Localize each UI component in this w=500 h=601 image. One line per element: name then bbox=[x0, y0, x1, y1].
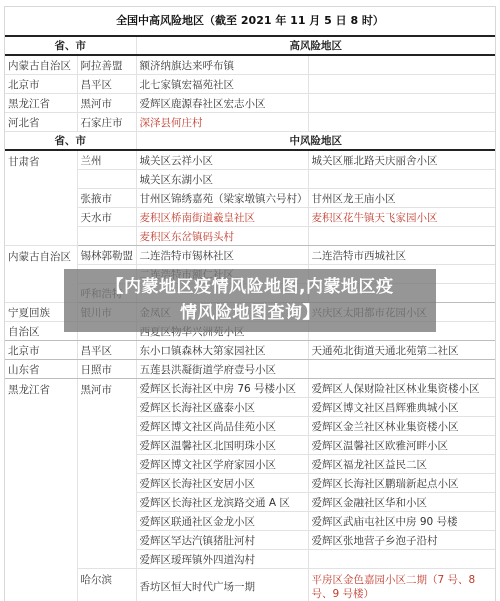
province-cell: 河北省 bbox=[5, 113, 77, 132]
overlay-line-2: 情风险地图查询】 bbox=[64, 300, 436, 326]
table-row: 山东省 日照市 五莲县洪凝街道学府壹号小区 bbox=[5, 360, 495, 379]
area-cell: 爱辉区博文社区尚品佳苑小区 bbox=[136, 417, 308, 436]
city-cell: 石家庄市 bbox=[77, 113, 136, 132]
area-cell bbox=[308, 227, 495, 246]
area-cell: 二连浩特市锡林社区 bbox=[136, 246, 308, 265]
area-cell bbox=[308, 360, 495, 379]
city-cell: 昌平区 bbox=[77, 341, 136, 360]
province-cell: 甘肃省 bbox=[5, 150, 77, 246]
sheet-title: 全国中高风险地区（截至 2021 年 11 月 5 日 8 时） bbox=[5, 7, 495, 37]
area-cell: 爱辉区金融社区华和小区 bbox=[308, 493, 495, 512]
area-cell: 东小口镇森林大第家园社区 bbox=[136, 341, 308, 360]
area-cell: 爱辉区博文社区学府家园小区 bbox=[136, 455, 308, 474]
city-cell: 日照市 bbox=[77, 360, 136, 379]
area-cell: 城关区云祥小区 bbox=[136, 150, 308, 170]
header-mid-risk-areas: 中风险地区 bbox=[136, 132, 495, 151]
city-cell: 昌平区 bbox=[77, 75, 136, 94]
city-cell bbox=[77, 170, 136, 189]
area-cell: 麦积区东岔镇码头村 bbox=[136, 227, 308, 246]
city-cell: 哈尔滨 bbox=[77, 569, 136, 601]
area-cell: 北七家镇宏福苑社区 bbox=[136, 75, 308, 94]
area-cell: 爱辉区鹿源春社区宏志小区 bbox=[136, 94, 308, 113]
mid-risk-header: 省、市 中风险地区 bbox=[5, 132, 495, 151]
area-cell: 爱辉区博文社区昌辉雅典城小区 bbox=[308, 398, 495, 417]
area-cell: 深泽县何庄村 bbox=[136, 113, 308, 132]
area-cell: 爱辉区温馨社区欧雅河畔小区 bbox=[308, 436, 495, 455]
area-cell: 麦积区桥南街道羲皇社区 bbox=[136, 208, 308, 227]
table-row: 甘肃省 兰州 城关区云祥小区 城关区雁北路天庆丽舍小区 bbox=[5, 150, 495, 170]
area-cell: 天通苑北街道天通北苑第二社区 bbox=[308, 341, 495, 360]
area-cell: 爱辉区长海社区中房 76 号楼小区 bbox=[136, 379, 308, 398]
city-cell: 张掖市 bbox=[77, 189, 136, 208]
province-cell: 北京市 bbox=[5, 75, 77, 94]
area-cell: 爱辉区张地营子乡泡子沿村 bbox=[308, 531, 495, 550]
city-cell: 黑河市 bbox=[77, 379, 136, 569]
area-cell: 五莲县洪凝街道学府壹号小区 bbox=[136, 360, 308, 379]
province-cell: 黑龙江省 bbox=[5, 94, 77, 113]
area-cell: 爱辉区武庙屯社区中房 90 号楼 bbox=[308, 512, 495, 531]
table-row: 黑龙江省 黑河市 爱辉区鹿源春社区宏志小区 bbox=[5, 94, 495, 113]
table-row: 天水市 麦积区桥南街道羲皇社区 麦积区花牛镇天飞家园小区 bbox=[5, 208, 495, 227]
table-row: 麦积区东岔镇码头村 bbox=[5, 227, 495, 246]
area-cell: 城关区雁北路天庆丽舍小区 bbox=[308, 150, 495, 170]
header-region: 省、市 bbox=[5, 132, 136, 151]
city-cell: 黑河市 bbox=[77, 94, 136, 113]
area-cell: 爱辉区长海社区安居小区 bbox=[136, 474, 308, 493]
area-cell: 爱辉区联通社区金龙小区 bbox=[136, 512, 308, 531]
area-cell bbox=[308, 550, 495, 569]
area-cell: 甘州区锦绣嘉苑（梁家墩镇六号村） bbox=[136, 189, 308, 208]
city-cell: 锡林郭勒盟 bbox=[77, 246, 136, 265]
area-cell: 城关区东湖小区 bbox=[136, 170, 308, 189]
header-high-risk-areas: 高风险地区 bbox=[136, 37, 495, 55]
table-row: 内蒙古自治区 阿拉善盟 额济纳旗达来呼布镇 bbox=[5, 55, 495, 75]
area-cell: 甘州区龙王庙小区 bbox=[308, 189, 495, 208]
title-overlay-banner: 【内蒙地区疫情风险地图,内蒙地区疫 情风险地图查询】 bbox=[64, 269, 436, 332]
table-row: 黑龙江省 黑河市 爱辉区长海社区中房 76 号楼小区 爱辉区人保财险社区林业集资… bbox=[5, 379, 495, 398]
area-cell: 爱辉区长海社区鹏瑞新起点小区 bbox=[308, 474, 495, 493]
table-row: 北京市 昌平区 北七家镇宏福苑社区 bbox=[5, 75, 495, 94]
area-cell: 爱辉区人保财险社区林业集资楼小区 bbox=[308, 379, 495, 398]
table-row: 城关区东湖小区 bbox=[5, 170, 495, 189]
table-row: 河北省 石家庄市 深泽县何庄村 bbox=[5, 113, 495, 132]
area-cell bbox=[308, 170, 495, 189]
province-cell: 内蒙古自治区 bbox=[5, 55, 77, 75]
table-row: 张掖市 甘州区锦绣嘉苑（梁家墩镇六号村） 甘州区龙王庙小区 bbox=[5, 189, 495, 208]
area-cell: 平房区金色嘉园小区二期（7 号、8 号、9 号楼） bbox=[308, 569, 495, 601]
area-cell bbox=[308, 113, 495, 132]
high-risk-header: 省、市 高风险地区 bbox=[5, 37, 495, 55]
city-cell: 阿拉善盟 bbox=[77, 55, 136, 75]
area-cell: 二连浩特市西城社区 bbox=[308, 246, 495, 265]
area-cell: 爱辉区长海社区龙滨路交通 A 区 bbox=[136, 493, 308, 512]
area-cell: 爱辉区金兰社区林业集资楼小区 bbox=[308, 417, 495, 436]
area-cell: 爱辉区罕达汽镇猪肚河村 bbox=[136, 531, 308, 550]
area-cell bbox=[308, 94, 495, 113]
header-region: 省、市 bbox=[5, 37, 136, 55]
province-cell: 北京市 bbox=[5, 341, 77, 360]
area-cell: 香坊区恒大时代广场一期 bbox=[136, 569, 308, 601]
area-cell: 爱辉区瑷珲镇外四道沟村 bbox=[136, 550, 308, 569]
overlay-line-1: 【内蒙地区疫情风险地图,内蒙地区疫 bbox=[64, 274, 436, 300]
province-cell: 黑龙江省 bbox=[5, 379, 77, 601]
area-cell: 爱辉区长海社区盛泰小区 bbox=[136, 398, 308, 417]
area-cell bbox=[308, 75, 495, 94]
table-row: 内蒙古自治区 锡林郭勒盟 二连浩特市锡林社区 二连浩特市西城社区 bbox=[5, 246, 495, 265]
area-cell: 爱辉区温馨社区北国明珠小区 bbox=[136, 436, 308, 455]
table-row: 北京市 昌平区 东小口镇森林大第家园社区 天通苑北街道天通北苑第二社区 bbox=[5, 341, 495, 360]
area-cell: 爱辉区福龙社区益民二区 bbox=[308, 455, 495, 474]
city-cell bbox=[77, 227, 136, 246]
table-row: 哈尔滨 香坊区恒大时代广场一期 平房区金色嘉园小区二期（7 号、8 号、9 号楼… bbox=[5, 569, 495, 601]
city-cell: 天水市 bbox=[77, 208, 136, 227]
area-cell: 额济纳旗达来呼布镇 bbox=[136, 55, 308, 75]
area-cell: 麦积区花牛镇天飞家园小区 bbox=[308, 208, 495, 227]
city-cell: 兰州 bbox=[77, 150, 136, 170]
province-cell: 山东省 bbox=[5, 360, 77, 379]
area-cell bbox=[308, 55, 495, 75]
